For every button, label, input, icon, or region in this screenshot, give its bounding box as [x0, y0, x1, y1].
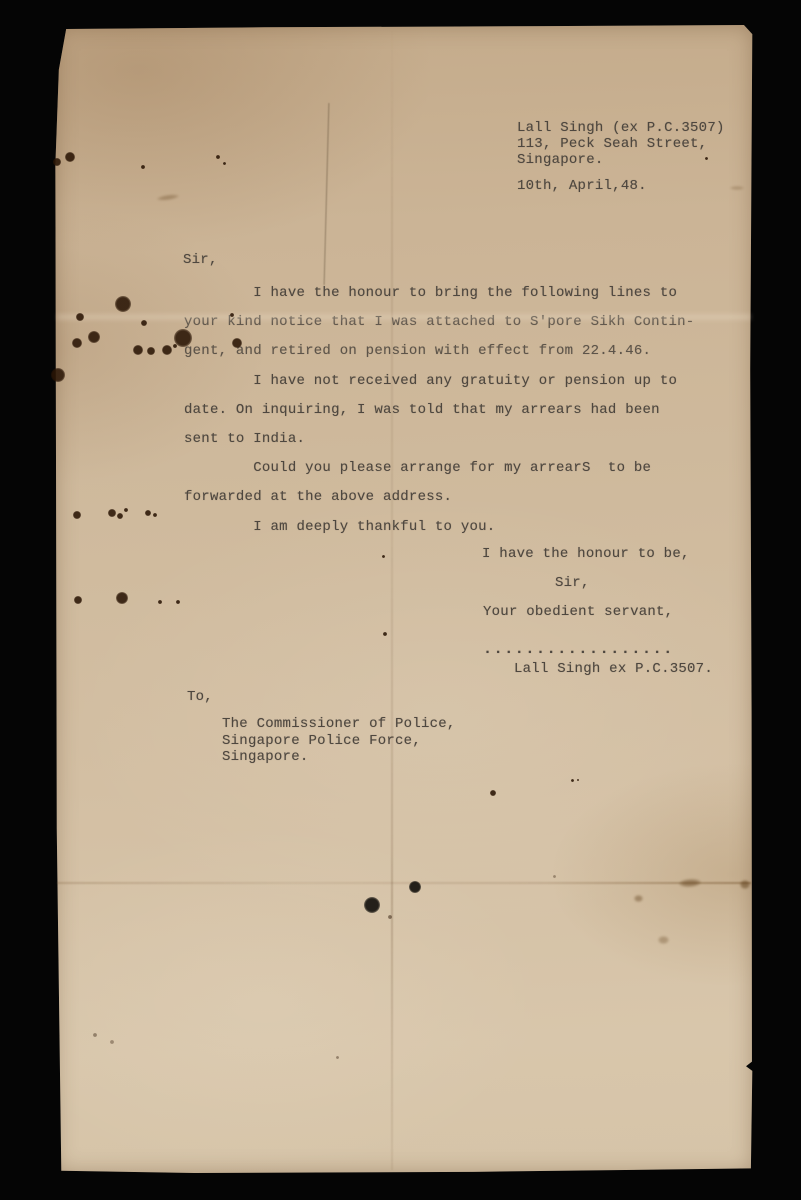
brown-ink-blot — [232, 338, 242, 348]
recipient-address-block: The Commissioner of Police,Singapore Pol… — [222, 717, 456, 767]
text-line: sent to India. — [184, 431, 694, 460]
salutation: Sir, — [183, 252, 218, 268]
brown-ink-blot — [72, 338, 82, 348]
black-ink-blot — [409, 881, 421, 893]
text-line: forwarded at the above address. — [184, 489, 694, 518]
scanned-letter-photo: Lall Singh (ex P.C.3507)113, Peck Seah S… — [0, 0, 801, 1200]
brown-ink-blot — [216, 155, 220, 159]
signature-name: Lall Singh ex P.C.3507. — [514, 661, 713, 677]
text-line: The Commissioner of Police, — [222, 717, 456, 734]
letter-date: 10th, April,48. — [517, 178, 647, 194]
sender-address-block: Lall Singh (ex P.C.3507)113, Peck Seah S… — [517, 121, 725, 169]
brown-ink-blot — [51, 368, 65, 382]
brown-stain-smudge — [730, 186, 744, 190]
text-line: Lall Singh (ex P.C.3507) — [517, 121, 725, 137]
text-line: Singapore. — [517, 153, 725, 169]
text-line: I have not received any gratuity or pens… — [184, 373, 694, 402]
brown-ink-blot — [116, 592, 128, 604]
brown-ink-blot — [173, 344, 177, 348]
brown-ink-blot — [65, 152, 75, 162]
brown-ink-blot — [383, 632, 387, 636]
text-line: 113, Peck Seah Street, — [517, 137, 725, 153]
brown-ink-blot — [158, 600, 162, 604]
brown-ink-blot — [176, 600, 180, 604]
brown-ink-blot — [108, 509, 116, 517]
recipient-to-label: To, — [187, 689, 213, 705]
text-line: date. On inquiring, I was told that my a… — [184, 402, 694, 431]
brown-ink-blot — [153, 513, 157, 517]
closing-line-1: I have the honour to be, — [482, 546, 690, 562]
text-line: Singapore. — [222, 750, 456, 767]
text-line: gent, and retired on pension with effect… — [184, 343, 694, 372]
brown-ink-blot — [382, 555, 385, 558]
brown-stain-smudge — [658, 936, 669, 944]
brown-stain-smudge — [634, 895, 643, 902]
text-line: Singapore Police Force, — [222, 734, 456, 751]
brown-ink-blot — [230, 313, 234, 317]
text-line: I have the honour to bring the following… — [184, 285, 694, 314]
brown-ink-blot — [115, 296, 131, 312]
brown-ink-blot — [147, 347, 155, 355]
text-line: I am deeply thankful to you. — [184, 519, 694, 548]
brown-ink-blot — [88, 331, 100, 343]
brown-ink-blot — [388, 915, 392, 919]
brown-ink-blot — [117, 513, 123, 519]
text-line: Could you please arrange for my arrearS … — [184, 460, 694, 489]
closing-line-3: Your obedient servant, — [483, 604, 673, 620]
brown-ink-blot — [110, 1040, 114, 1044]
brown-ink-blot — [76, 313, 84, 321]
signature-dotted-line: .................. — [483, 641, 674, 658]
brown-ink-blot — [145, 510, 151, 516]
brown-ink-blot — [162, 345, 172, 355]
brown-ink-blot — [141, 165, 145, 169]
text-line: your kind notice that I was attached to … — [184, 314, 694, 343]
brown-ink-blot — [336, 1056, 339, 1059]
brown-ink-blot — [577, 779, 579, 781]
brown-ink-blot — [490, 790, 496, 796]
brown-ink-blot — [705, 157, 708, 160]
brown-ink-blot — [53, 158, 61, 166]
brown-stain-smudge — [740, 880, 750, 889]
brown-ink-blot — [133, 345, 143, 355]
brown-ink-blot — [553, 875, 556, 878]
brown-ink-blot — [73, 511, 81, 519]
brown-ink-blot — [141, 320, 147, 326]
brown-ink-blot — [74, 596, 82, 604]
letter-body: I have the honour to bring the following… — [184, 285, 694, 548]
brown-ink-blot — [223, 162, 226, 165]
brown-ink-blot — [571, 779, 574, 782]
brown-ink-blot — [124, 508, 128, 512]
black-ink-blot — [364, 897, 380, 913]
brown-ink-blot — [93, 1033, 97, 1037]
closing-line-2: Sir, — [555, 575, 590, 591]
